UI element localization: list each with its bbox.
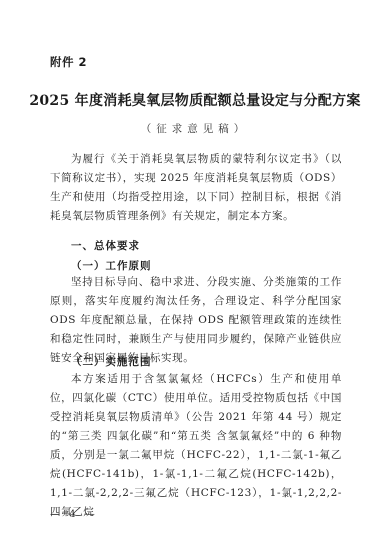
subsection-heading-scope: （二）实施范围 <box>71 354 152 369</box>
document-subtitle: （征求意见稿） <box>0 121 390 136</box>
page-number: — 4 — <box>50 509 98 520</box>
document-title: 2025 年度消耗臭氧层物质配额总量设定与分配方案 <box>0 90 390 110</box>
document-page: 附件 2 2025 年度消耗臭氧层物质配额总量设定与分配方案 （征求意见稿） 为… <box>0 0 390 551</box>
subsection-heading-work-principles: （一）工作原则 <box>71 258 152 273</box>
attachment-label: 附件 2 <box>50 54 87 70</box>
scope-paragraph: 本方案适用于含氢氯氟烃（HCFCs）生产和使用单位，四氯化碳（CTC）使用单位。… <box>50 370 342 522</box>
section-heading-general-requirements: 一、总体要求 <box>71 238 140 253</box>
intro-paragraph: 为履行《关于消耗臭氧层物质的蒙特利尔议定书》（以下简称议定书），实现 2025 … <box>50 150 342 226</box>
